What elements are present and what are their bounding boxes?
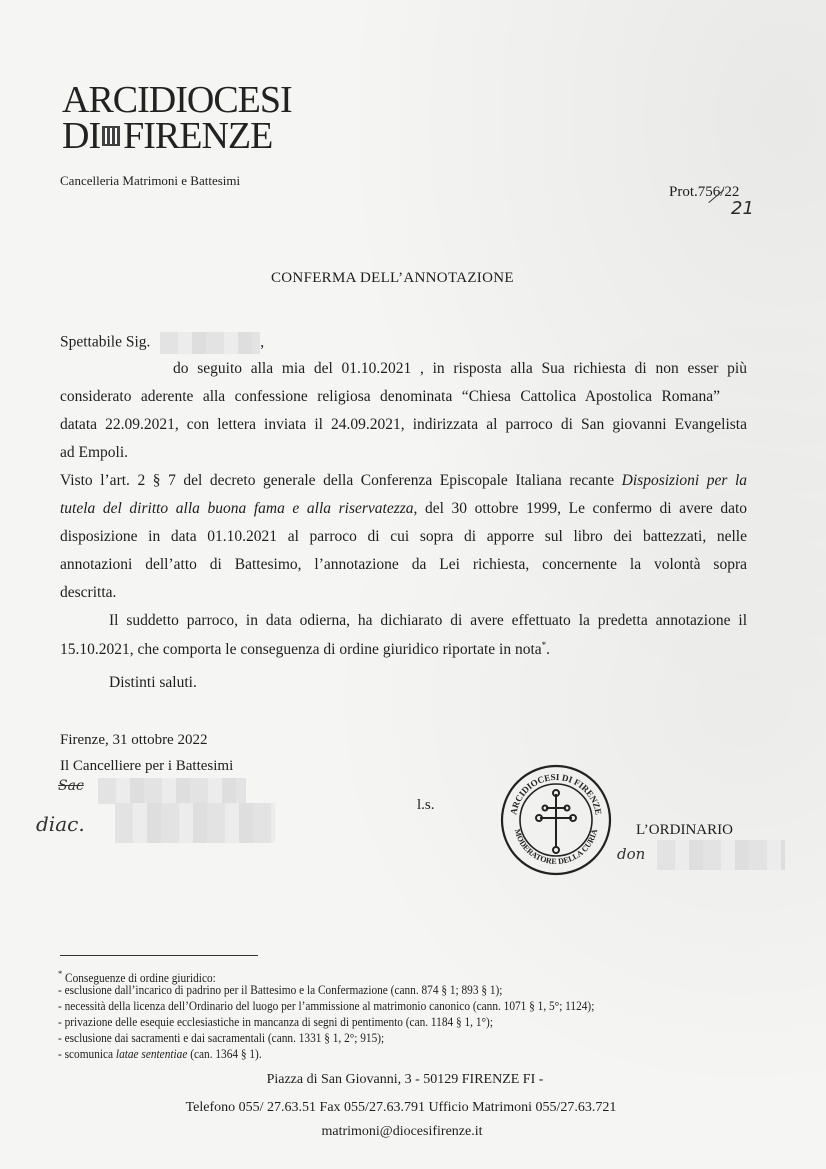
- redacted-ordinary-name: [657, 840, 785, 870]
- signer-title-abbrev: Sac: [58, 778, 84, 794]
- p2-line-1-normal: Visto l’art. 2 § 7 del decreto generale …: [60, 472, 622, 489]
- footnote-item: - esclusione dall’incarico di padrino pe…: [58, 982, 502, 998]
- letterhead-firenze: FIRENZE: [123, 116, 272, 156]
- letterhead-org-line1: ARCIDIOCESI: [62, 80, 292, 120]
- footnote-item: - privazione delle esequie ecclesiastich…: [58, 1014, 493, 1030]
- office-name: Cancelleria Matrimoni e Battesimi: [60, 173, 240, 189]
- protocol-number: Prot.756/22: [669, 184, 739, 201]
- letterhead-org-line2: DI FIRENZE: [62, 116, 272, 156]
- footer-email[interactable]: matrimoni@diocesifirenze.it: [0, 1124, 815, 1140]
- p2-line-2: tutela del diritto alla buona fama e all…: [60, 500, 747, 518]
- footnote-last-prefix: - scomunica: [58, 1047, 116, 1061]
- p2-line-4: annotazioni dell’atto di Battesimo, l’an…: [60, 556, 747, 574]
- p2-line-3: disposizione in data 01.10.2021 al parro…: [60, 528, 747, 546]
- p2-line-2-normal: , del 30 ottobre 1999, Le confermo di av…: [414, 500, 747, 517]
- salutation-prefix: Spettabile Sig.: [60, 334, 150, 351]
- letterhead-di: DI: [62, 116, 100, 156]
- footnote-item: - esclusione dai sacramenti e dai sacram…: [58, 1030, 384, 1046]
- footnote-item: - necessità della licenza dell’Ordinario…: [58, 998, 594, 1014]
- p2-line-1-italic: Disposizioni per la: [622, 472, 747, 489]
- redacted-signer-name: [98, 778, 246, 804]
- document-title: CONFERMA DELL’ANNOTAZIONE: [271, 270, 514, 287]
- redacted-name: [160, 332, 260, 354]
- closing: Distinti saluti.: [109, 674, 796, 692]
- protocol-handwritten: 21: [731, 198, 754, 219]
- p1-line-4: ad Empoli.: [60, 444, 747, 462]
- footnote-item-last: - scomunica latae sententiae (can. 1364 …: [58, 1046, 262, 1062]
- p3-line-1: Il suddetto parroco, in data odierna, ha…: [109, 612, 747, 630]
- p3-period: .: [546, 641, 550, 658]
- p1-line-1: do seguito alla mia del 01.10.2021 , in …: [173, 360, 747, 378]
- place-date: Firenze, 31 ottobre 2022: [60, 732, 747, 749]
- footnote-divider: [60, 955, 258, 956]
- p1-line-3: datata 22.09.2021, con lettera inviata i…: [60, 416, 747, 434]
- signer-role: Il Cancelliere per i Battesimi: [60, 758, 747, 775]
- p2-line-5: descritta.: [60, 584, 747, 602]
- p2-line-1: Visto l’art. 2 § 7 del decreto generale …: [60, 472, 747, 490]
- footer-address: Piazza di San Giovanni, 3 - 50129 FIRENZ…: [0, 1072, 818, 1088]
- footnote-last-suffix: (can. 1364 § 1).: [187, 1047, 261, 1061]
- salutation: Spettabile Sig. ,: [60, 332, 747, 354]
- p1-line-2: considerato aderente alla confessione re…: [60, 388, 720, 406]
- p3-line-2-text: 15.10.2021, che comporta le conseguenza …: [60, 641, 542, 658]
- locus-sigilli: l.s.: [417, 797, 435, 814]
- redacted-signature: [115, 803, 275, 843]
- footnote-last-italic: latae sententiae: [116, 1047, 187, 1061]
- footnote-mark: *: [58, 969, 62, 979]
- letter-page: ARCIDIOCESI DI FIRENZE Cancelleria Matri…: [0, 0, 826, 1169]
- curia-seal-icon: ARCIDIOCESI DI FIRENZE MODERATORE DELLA …: [500, 764, 612, 876]
- ordinary-label: L’ORDINARIO: [636, 822, 733, 839]
- p2-line-2-italic: tutela del diritto alla buona fama e all…: [60, 500, 414, 517]
- salutation-comma: ,: [260, 334, 264, 351]
- ordinary-handwritten: don: [617, 845, 645, 863]
- signer-handwritten: diac.: [36, 812, 85, 836]
- p3-line-2: 15.10.2021, che comporta le conseguenza …: [60, 640, 747, 659]
- crest-icon: [102, 126, 120, 146]
- footer-phones: Telefono 055/ 27.63.51 Fax 055/27.63.791…: [0, 1100, 814, 1116]
